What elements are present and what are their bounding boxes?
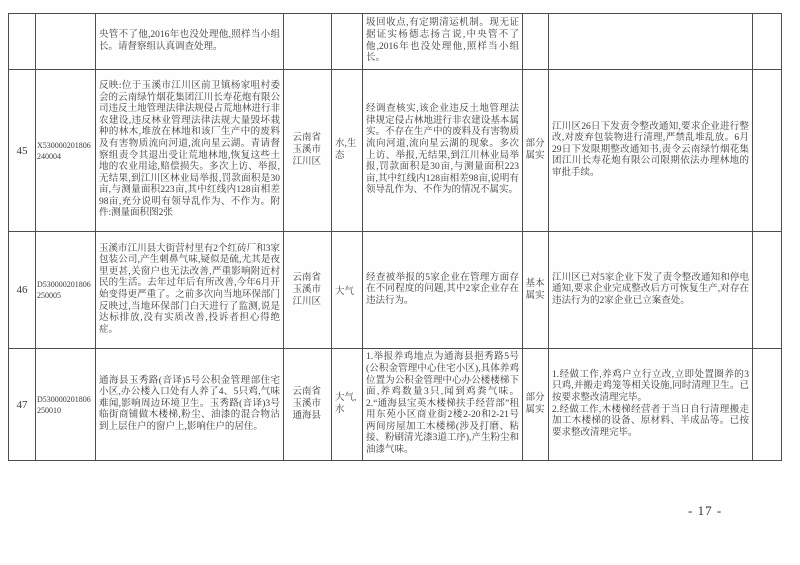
- handling-cell: 江川区已对5家企业下发了责令整改通知和停电通知,要求企业完成整改后方可恢复生产,…: [549, 232, 753, 349]
- region-cell: 云南省玉溪市通海县: [284, 349, 332, 461]
- seq-cell: 45: [9, 70, 36, 232]
- pollution-type-cell: 大气,水: [332, 349, 363, 461]
- investigation-cell: 圾回收点,有定期清运机制。现无证据证实杨德志扬言说,中央管不了他,2016年也没…: [363, 14, 523, 70]
- verdict-cell: [523, 14, 549, 70]
- complaint-cell: 央管不了他,2016年也没处理他,照样当小组长。请督察组认真调查处理。: [96, 14, 284, 70]
- region-text: 云南省玉溪市江川区: [293, 132, 323, 168]
- region-cell: [284, 14, 332, 70]
- complaint-cell: 反映:位于玉溪市江川区前卫镇杨家咀村委会的云南绿竹烟花集团江川长寿花炮有限公司违…: [96, 70, 284, 232]
- verdict-text: 基本属实: [526, 278, 546, 302]
- note-cell: [753, 349, 782, 461]
- region-cell: 云南省玉溪市江川区: [284, 232, 332, 349]
- handling-cell: 江川区26日下发责令整改通知,要求企业进行整改,对废弃包装物进行清理,严禁乱堆乱…: [549, 70, 753, 232]
- investigation-cell: 1.举报养鸡地点为通海县挹秀路5号(公积金管理中心住宅小区),具体养鸡位置为公积…: [363, 349, 523, 461]
- pollution-type-text: 大气: [335, 286, 359, 298]
- seq-cell: [9, 14, 36, 70]
- pollution-type-cell: 大气: [332, 232, 363, 349]
- verdict-text: 部分属实: [526, 138, 546, 162]
- code-cell: D530000201806250010: [36, 349, 96, 461]
- table-row-45: 45 X530000201806240004 反映:位于玉溪市江川区前卫镇杨家咀…: [9, 70, 782, 232]
- pollution-type-text: 水,生态: [335, 138, 359, 162]
- document-page: 央管不了他,2016年也没处理他,照样当小组长。请督察组认真调查处理。 圾回收点…: [0, 0, 800, 565]
- code-cell: D530000201806250005: [36, 232, 96, 349]
- seq-cell: 46: [9, 232, 36, 349]
- complaint-cell: 玉溪市江川县大街营村里有2个红砖厂和3家包装公司,产生刺鼻气味,疑似是硫,尤其是…: [96, 232, 284, 349]
- region-text: 云南省玉溪市通海县: [293, 386, 323, 422]
- handling-cell: [549, 14, 753, 70]
- table-row-continued: 央管不了他,2016年也没处理他,照样当小组长。请督察组认真调查处理。 圾回收点…: [9, 14, 782, 70]
- note-cell: [753, 70, 782, 232]
- table-row-47: 47 D530000201806250010 通海县玉秀路(音译)5号公积金管理…: [9, 349, 782, 461]
- verdict-cell: 部分属实: [523, 70, 549, 232]
- note-cell: [753, 232, 782, 349]
- complaints-table: 央管不了他,2016年也没处理他,照样当小组长。请督察组认真调查处理。 圾回收点…: [8, 13, 782, 461]
- seq-cell: 47: [9, 349, 36, 461]
- verdict-text: 部分属实: [526, 392, 546, 416]
- verdict-cell: 部分属实: [523, 349, 549, 461]
- investigation-cell: 经调查核实,该企业违反土地管理法律规定侵占林地进行非农建设基本属实。不存在生产中…: [363, 70, 523, 232]
- pollution-type-cell: [332, 14, 363, 70]
- code-cell: X530000201806240004: [36, 70, 96, 232]
- code-cell: [36, 14, 96, 70]
- pollution-type-cell: 水,生态: [332, 70, 363, 232]
- note-cell: [753, 14, 782, 70]
- table-row-46: 46 D530000201806250005 玉溪市江川县大街营村里有2个红砖厂…: [9, 232, 782, 349]
- verdict-cell: 基本属实: [523, 232, 549, 349]
- pollution-type-text: 大气,水: [335, 392, 359, 416]
- region-cell: 云南省玉溪市江川区: [284, 70, 332, 232]
- page-number: - 17 -: [688, 503, 722, 519]
- complaint-cell: 通海县玉秀路(音译)5号公积金管理部住宅小区,办公楼入口处有人养了4、5只鸡,气…: [96, 349, 284, 461]
- region-text: 云南省玉溪市江川区: [293, 272, 323, 308]
- investigation-cell: 经查被举报的5家企业在管理方面存在不同程度的问题,其中2家企业存在违法行为。: [363, 232, 523, 349]
- handling-cell: 1.经做工作,养鸡户立行立改,立即处置圈养的3只鸡,并搬走鸡笼等相关设施,同时清…: [549, 349, 753, 461]
